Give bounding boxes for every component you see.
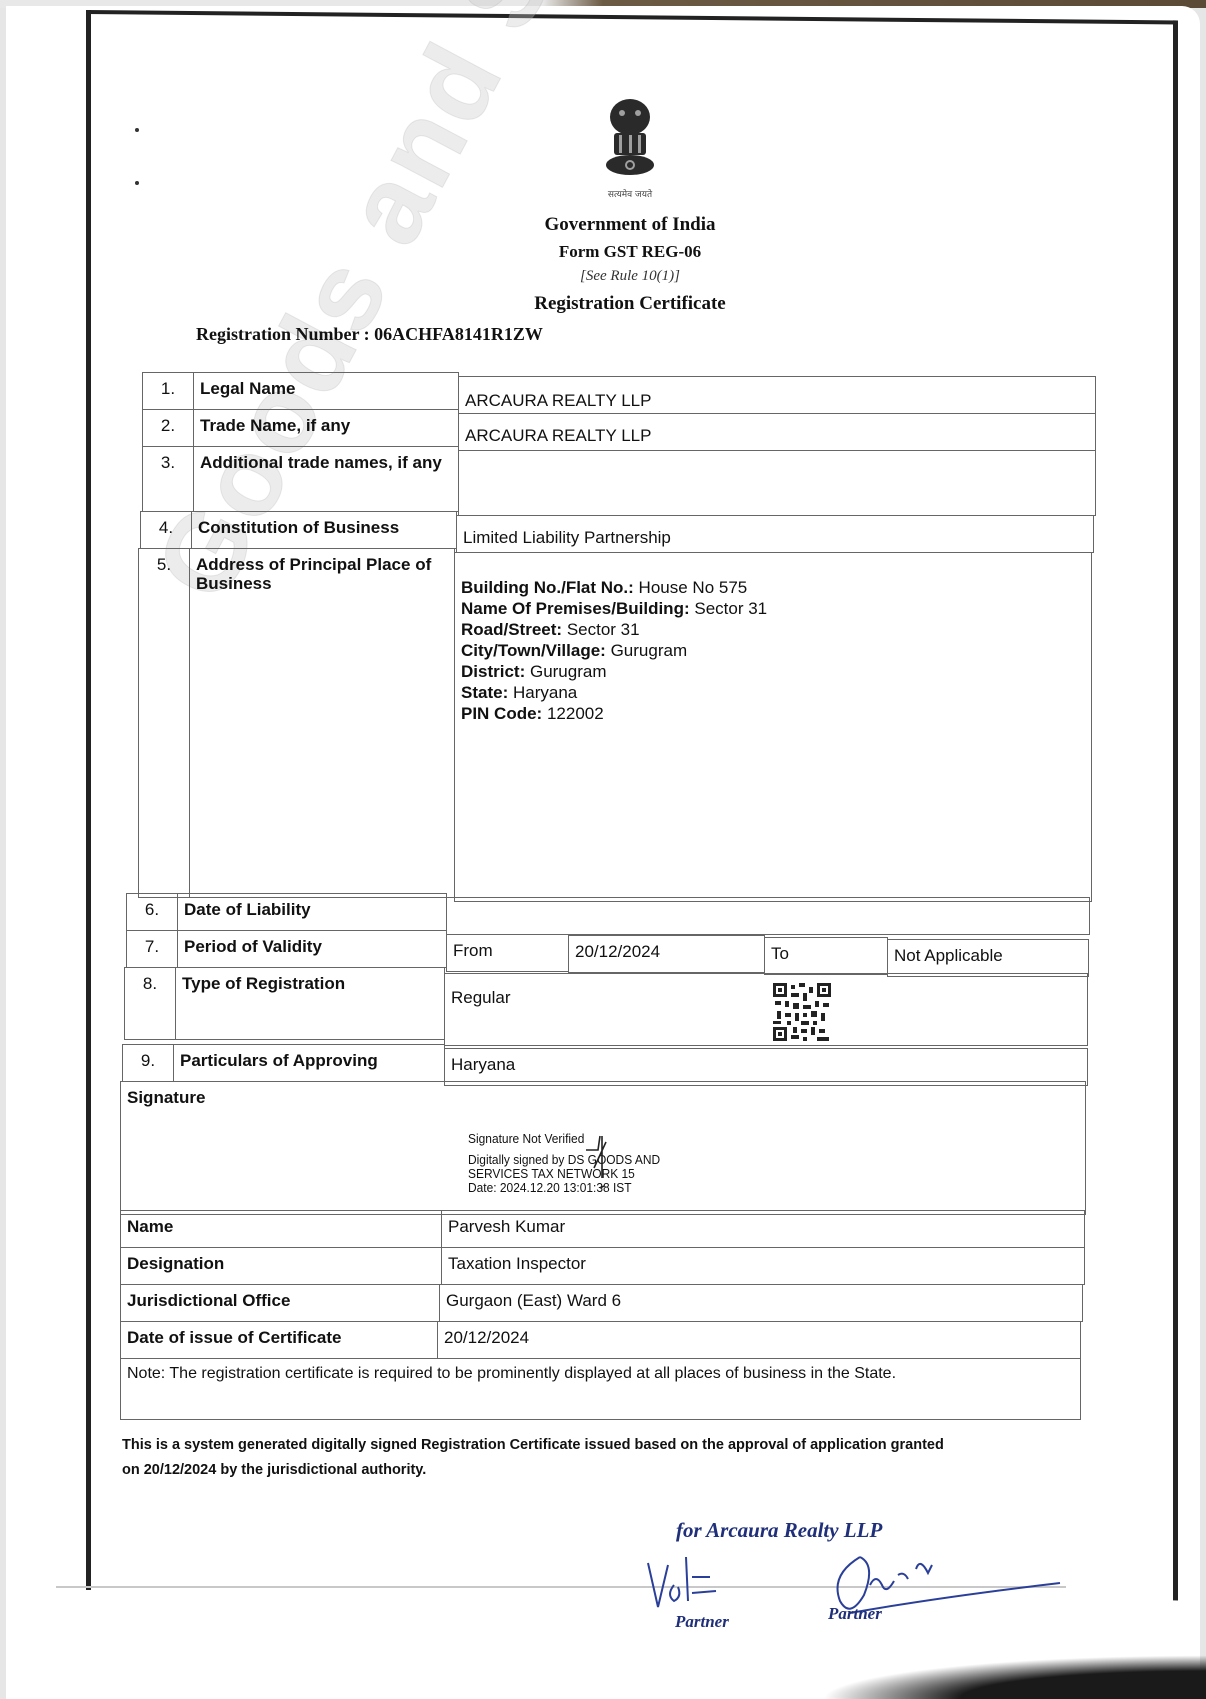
scan-speck [135, 181, 139, 185]
additional-trade-names-value [458, 450, 1096, 516]
row-label-period-of-validity: Period of Validity [177, 930, 447, 968]
validity-from-label: From [446, 934, 569, 972]
row-number: 1. [142, 372, 194, 410]
footer-line-2: on 20/12/2024 by the jurisdictional auth… [122, 1458, 1082, 1483]
row-number: 9. [122, 1044, 174, 1082]
address-district: District: Gurugram [461, 661, 1085, 682]
certificate-header: सत्यमेव जयते Government of India Form GS… [460, 95, 800, 315]
row-label-legal-name: Legal Name [193, 372, 459, 410]
government-title: Government of India [460, 214, 800, 236]
principal-address-value: Building No./Flat No.: House No 575 Name… [454, 552, 1092, 902]
address-building: Building No./Flat No.: House No 575 [461, 577, 1085, 598]
address-pin: PIN Code: 122002 [461, 703, 1085, 724]
verification-tick-icon [580, 1128, 620, 1198]
signed-by-line-2: SERVICES TAX NETWORK 15 [468, 1167, 660, 1180]
officer-name-label: Name [120, 1210, 442, 1248]
signature-date: Date: 2024.12.20 13:01:38 IST [468, 1181, 660, 1194]
signature-status: Signature Not Verified [468, 1132, 660, 1145]
row-label-address: Address of Principal Place of Business [189, 548, 455, 898]
row-label-particulars-of-approving: Particulars of Approving [173, 1044, 445, 1082]
designation-value: Taxation Inspector [441, 1247, 1085, 1285]
qr-code-icon [773, 983, 831, 1041]
registration-number: Registration Number : 06ACHFA8141R1ZW [196, 324, 543, 345]
digital-signature-block: Signature Not Verified Digitally signed … [468, 1132, 660, 1195]
registration-number-value: 06ACHFA8141R1ZW [374, 324, 543, 344]
validity-to-value: Not Applicable [887, 939, 1089, 977]
jurisdictional-office-label: Jurisdictional Office [120, 1284, 440, 1322]
address-premises: Name Of Premises/Building: Sector 31 [461, 598, 1085, 619]
national-emblem-icon [600, 95, 660, 185]
row-label-date-of-liability: Date of Liability [177, 893, 447, 931]
date-of-issue-label: Date of issue of Certificate [120, 1321, 438, 1359]
row-label-constitution: Constitution of Business [191, 511, 457, 549]
row-label-type-of-registration: Type of Registration [175, 967, 445, 1040]
system-generated-note: This is a system generated digitally sig… [122, 1433, 1082, 1483]
row-label-additional-trade-names: Additional trade names, if any [193, 446, 459, 512]
address-state: State: Haryana [461, 682, 1085, 703]
address-city: City/Town/Village: Gurugram [461, 640, 1085, 661]
trade-name-value: ARCAURA REALTY LLP [458, 413, 1096, 451]
validity-to-label: To [764, 937, 888, 975]
scan-speck [135, 128, 139, 132]
display-note: Note: The registration certificate is re… [120, 1358, 1081, 1420]
company-stamp: for Arcaura Realty LLP [676, 1518, 882, 1543]
rule-reference: [See Rule 10(1)] [460, 268, 800, 285]
row-number: 8. [124, 967, 176, 1040]
row-label-trade-name: Trade Name, if any [193, 409, 459, 447]
row-number: 6. [126, 893, 178, 931]
constitution-value: Limited Liability Partnership [456, 515, 1094, 553]
footer-line-1: This is a system generated digitally sig… [122, 1433, 1082, 1458]
date-of-issue-value: 20/12/2024 [437, 1321, 1081, 1359]
jurisdictional-office-value: Gurgaon (East) Ward 6 [439, 1284, 1083, 1322]
row-number: 4. [140, 511, 192, 549]
validity-from-date: 20/12/2024 [568, 935, 765, 973]
emblem-motto: सत्यमेव जयते [460, 187, 800, 200]
page-curl-shadow [820, 1655, 1206, 1699]
date-of-liability-value [446, 897, 1090, 935]
type-of-registration-value: Regular [444, 973, 1088, 1046]
designation-label: Designation [120, 1247, 442, 1285]
signature-label: Signature [127, 1088, 205, 1107]
signed-by-line-1: Digitally signed by DS GOODS AND [468, 1153, 660, 1166]
certificate-title: Registration Certificate [460, 293, 800, 315]
row-number: 3. [142, 446, 194, 512]
address-road: Road/Street: Sector 31 [461, 619, 1085, 640]
row-number: 5. [138, 548, 190, 898]
registration-number-label: Registration Number : [196, 324, 370, 344]
row-number: 7. [126, 930, 178, 968]
partner-label-2: Partner [828, 1604, 882, 1624]
officer-name-value: Parvesh Kumar [441, 1210, 1085, 1248]
form-name: Form GST REG-06 [460, 242, 800, 262]
partner-label-1: Partner [675, 1612, 729, 1632]
legal-name-value: ARCAURA REALTY LLP [458, 376, 1096, 414]
row-number: 2. [142, 409, 194, 447]
